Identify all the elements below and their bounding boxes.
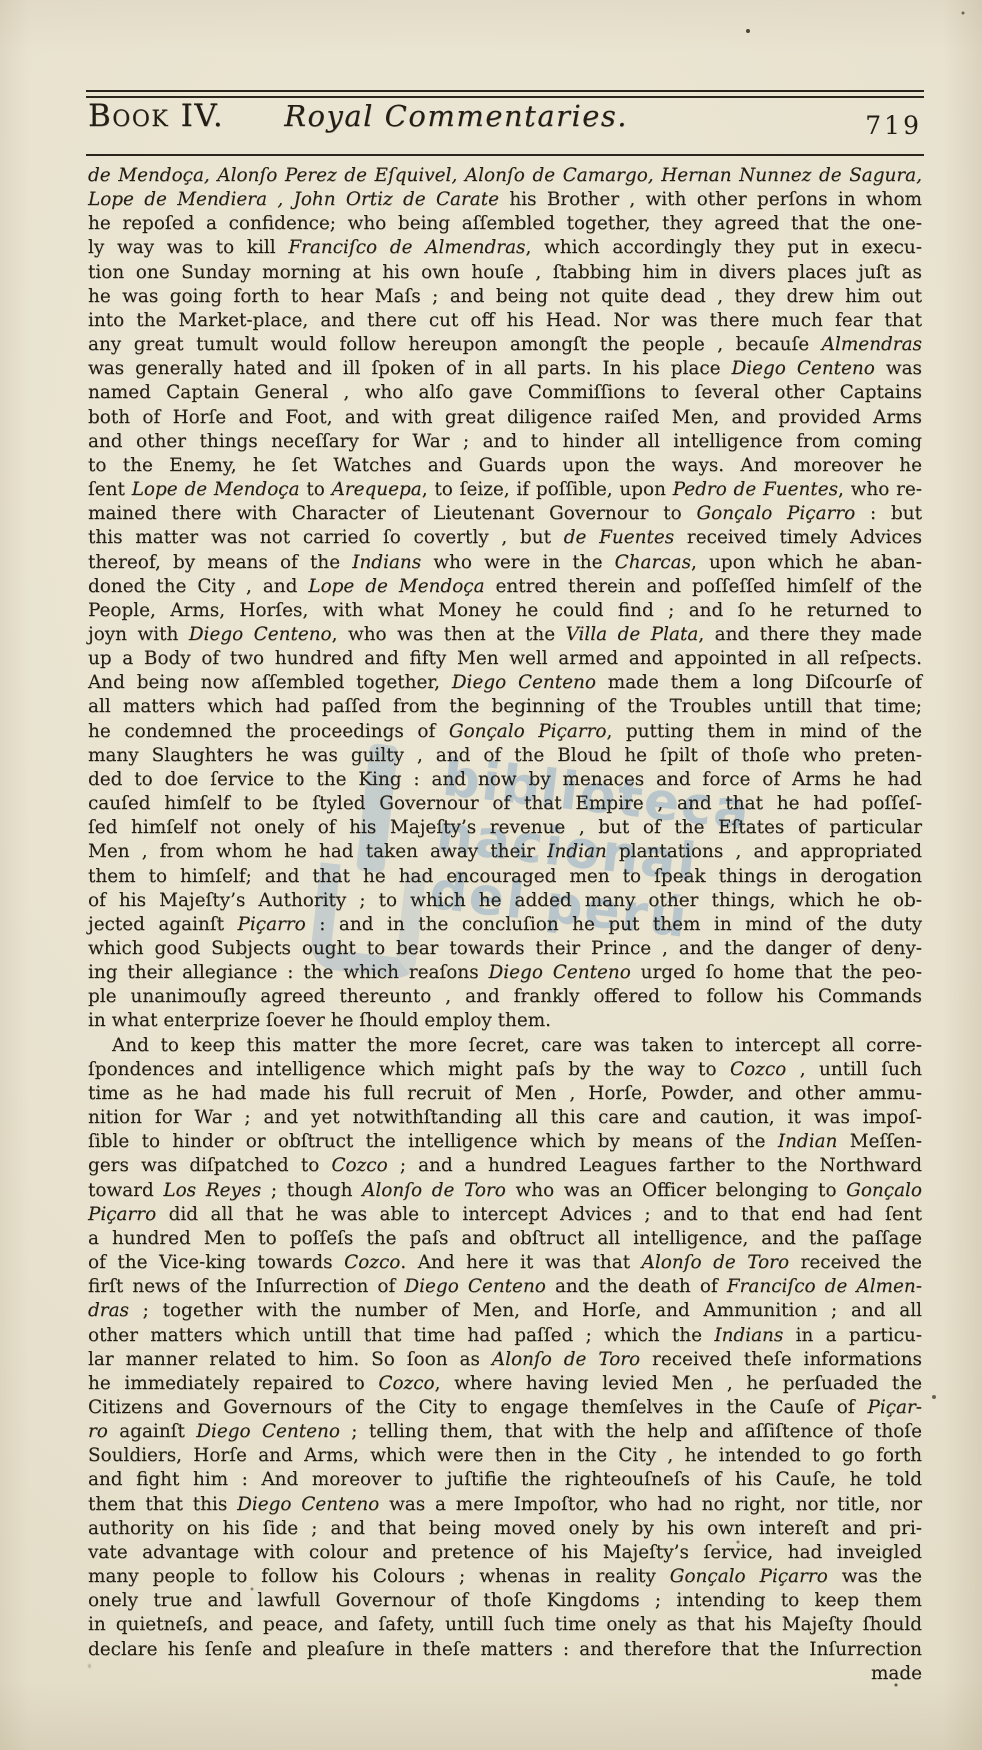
italic-text-segment: Lope de Mendoça (308, 576, 484, 597)
text-line: he repoſed a confidence; who being aſſem… (88, 212, 922, 236)
text-line: of his Majeſty’s Authority ; to which he… (88, 889, 922, 913)
text-line: all matters which had paſſed from the be… (88, 695, 922, 719)
text-line: ſed himſelf not onely of his Majeſty’s r… (88, 816, 922, 840)
text-line: People, Arms, Horſes, with what Money he… (88, 599, 922, 623)
text-segment: was generally hated and ill ſpoken of in… (88, 358, 732, 379)
italic-text-segment: Cozco (730, 1059, 786, 1080)
text-segment: many Slaughters he was guilty , and of t… (88, 745, 922, 766)
italic-text-segment: Los Reyes (163, 1180, 261, 1201)
text-segment: up a Body of two hundred and fifty Men w… (88, 648, 922, 669)
text-line: dras ; together with the number of Men, … (88, 1299, 922, 1323)
text-segment: Souldiers, Horſe and Arms, which were th… (88, 1445, 922, 1466)
text-line: he was going forth to hear Maſs ; and be… (88, 285, 922, 309)
text-line: mained there with Character of Lieutenan… (88, 502, 922, 526)
text-line: And being now aſſembled together, Diego … (88, 671, 922, 695)
text-segment: And to keep this matter the more ſecret,… (112, 1035, 922, 1056)
text-segment: , and there they made (698, 624, 922, 645)
text-segment: toward (88, 1180, 163, 1201)
text-line: firſt news of the Inſurrection of Diego … (88, 1275, 922, 1299)
text-segment: entred therein and poſſeſſed himſelf of … (485, 576, 922, 597)
text-segment: vate advantage with colour and pretence … (88, 1542, 922, 1563)
text-segment: ; together with the number of Men, and H… (129, 1300, 922, 1321)
text-line: And to keep this matter the more ſecret,… (88, 1034, 922, 1058)
text-segment: he was going forth to hear Maſs ; and be… (88, 286, 922, 307)
text-segment: and the death of (546, 1276, 727, 1297)
italic-text-segment: Lope de Mendoça (132, 479, 307, 500)
italic-text-segment: Franciſco de Almendras (288, 237, 525, 258)
text-line: this matter was not carried ſo covertly … (88, 526, 922, 550)
text-segment: many people to follow his Colours ; when… (88, 1566, 670, 1587)
text-line: ded to doe ſervice to the King : and now… (88, 768, 922, 792)
text-line: Lope de Mendiera , John Ortiz de Carate … (88, 188, 922, 212)
text-segment: ſible to hinder or obſtruct the intellig… (88, 1131, 778, 1152)
text-segment: , who was then at the (332, 624, 566, 645)
text-segment: all matters which had paſſed from the be… (88, 696, 922, 717)
text-segment: lar manner related to him. So ſoon as (88, 1349, 492, 1370)
book-page: biblioteca nacional del perú Book IV. Ro… (0, 0, 982, 1750)
text-segment: in quietneſs, and peace, and ſafety, unt… (88, 1614, 922, 1635)
text-line: toward Los Reyes ; though Alonſo de Toro… (88, 1179, 922, 1203)
italic-text-segment: Piçarro (238, 914, 306, 935)
text-segment: he repoſed a confidence; who being aſſem… (88, 213, 922, 234)
italic-text-segment: Alonſo de Toro (362, 1180, 506, 1201)
text-line: other matters which untill that time had… (88, 1324, 922, 1348)
text-segment: in what enterprize ſoever he ſhould empl… (88, 1010, 551, 1031)
text-line: Men , from whom he had taken away their … (88, 840, 922, 864)
text-segment: ple unanimouſly agreed thereunto , and f… (88, 986, 922, 1007)
text-segment: who was an Officer belonging to (506, 1180, 846, 1201)
text-segment: firſt news of the Inſurrection of (88, 1276, 404, 1297)
italic-text-segment: Diego Centeno (189, 624, 332, 645)
italic-text-segment: Cozco (344, 1252, 400, 1273)
text-line: he immediately repaired to Cozco, where … (88, 1372, 922, 1396)
text-segment: : and in the concluſion he put them in m… (306, 914, 922, 935)
text-segment: onely true and lawfull Governour of thoſ… (88, 1590, 922, 1611)
text-segment: time as he had made his full recruit of … (88, 1083, 922, 1104)
text-line: Piçarro did all that he was able to inte… (88, 1203, 922, 1227)
italic-text-segment: Almendras (822, 334, 922, 355)
text-line: ing their allegiance : the which reaſons… (88, 961, 922, 985)
text-segment: both of Horſe and Foot, and with great d… (88, 407, 922, 428)
text-line: named Captain General , who alſo gave Co… (88, 381, 922, 405)
text-segment: ; though (261, 1180, 362, 1201)
page-number: 719 (865, 111, 922, 140)
text-segment: Meſſen- (837, 1131, 922, 1152)
text-segment: gers was diſpatched to (88, 1155, 331, 1176)
text-segment: ſent (88, 479, 132, 500)
text-segment: , putting them in mind of the (606, 721, 922, 742)
italic-text-segment: Alonſo de Toro (492, 1349, 640, 1370)
text-segment: of the Vice-king towards (88, 1252, 344, 1273)
text-segment: , to ſeize, if poſſible, upon (422, 479, 673, 500)
text-segment: againſt (108, 1421, 196, 1442)
text-segment: into the Market-place, and there cut off… (88, 310, 922, 331)
text-segment: urged ſo home that the peo- (631, 962, 922, 983)
text-line: which good Subjects ought to bear toward… (88, 937, 922, 961)
text-line: tion one Sunday morning at his own houſe… (88, 261, 922, 285)
italic-text-segment: Gonçalo Piçarro (670, 1566, 828, 1587)
text-segment: to (306, 479, 331, 500)
text-line: thereof, by means of the Indians who wer… (88, 551, 922, 575)
text-segment: received timely Advices (674, 527, 922, 548)
text-line: them that this Diego Centeno was a mere … (88, 1493, 922, 1517)
text-line: ſent Lope de Mendoça to Arequepa, to ſei… (88, 478, 922, 502)
body-text: de Mendoça, Alonſo Perez de Eſquivel, Al… (88, 164, 922, 1686)
text-line: both of Horſe and Foot, and with great d… (88, 406, 922, 430)
text-segment: authority on his ſide ; and that being m… (88, 1518, 922, 1539)
italic-text-segment: Lope de Mendiera , John Ortiz de Carate (88, 189, 509, 210)
running-title: Royal Commentaries. (284, 99, 628, 133)
italic-text-segment: Cozco (331, 1155, 387, 1176)
text-segment: thereof, by means of the (88, 552, 352, 573)
italic-text-segment: Indians (352, 552, 421, 573)
text-line: in quietneſs, and peace, and ſafety, unt… (88, 1613, 922, 1637)
text-segment: to the Enemy, he ſet Watches and Guards … (88, 455, 922, 476)
text-segment: ; telling them, that with the help and a… (340, 1421, 922, 1442)
text-line: ple unanimouſly agreed thereunto , and f… (88, 985, 922, 1009)
italic-text-segment: Cozco (378, 1373, 434, 1394)
italic-text-segment: Villa de Plata (566, 624, 699, 645)
text-segment: ; and a hundred Leagues farther to the N… (388, 1155, 922, 1176)
text-segment: ſpondences and intelligence which might … (88, 1059, 730, 1080)
text-segment: a hundred Men to poſſeſs the paſs and ob… (88, 1228, 922, 1249)
text-line: many people to follow his Colours ; when… (88, 1565, 922, 1589)
text-segment: of his Majeſty’s Authority ; to which he… (88, 890, 922, 911)
text-line: was generally hated and ill ſpoken of in… (88, 357, 922, 381)
text-line: Citizens and Governours of the City to e… (88, 1396, 922, 1420)
italic-text-segment: Indian (778, 1131, 838, 1152)
text-line: gers was diſpatched to Cozco ; and a hun… (88, 1154, 922, 1178)
text-segment: he condemned the proceedings of (88, 721, 449, 742)
text-segment: in a particu- (783, 1325, 922, 1346)
italic-text-segment: Diego Centeno (452, 672, 596, 693)
italic-text-segment: Diego Centeno (404, 1276, 545, 1297)
text-segment: ded to doe ſervice to the King : and now… (88, 769, 922, 790)
text-segment: did all that he was able to intercept Ad… (156, 1204, 922, 1225)
text-line: to the Enemy, he ſet Watches and Guards … (88, 454, 922, 478)
italic-text-segment: Diego Centeno (237, 1494, 379, 1515)
text-segment: this matter was not carried ſo covertly … (88, 527, 564, 548)
italic-text-segment: Diego Centeno (196, 1421, 340, 1442)
italic-text-segment: Diego Centeno (489, 962, 631, 983)
italic-text-segment: de Mendoça, Alonſo Perez de Eſquivel, Al… (88, 165, 922, 186)
text-line: in what enterprize ſoever he ſhould empl… (88, 1009, 922, 1033)
text-segment: , who re- (838, 479, 922, 500)
italic-text-segment: de Fuentes (564, 527, 674, 548)
italic-text-segment: Gonçalo Piçarro (449, 721, 607, 742)
text-segment: received the (789, 1252, 922, 1273)
text-segment: ſed himſelf not onely of his Majeſty’s r… (88, 817, 922, 838)
text-line: of the Vice-king towards Cozco. And here… (88, 1251, 922, 1275)
text-segment: other matters which untill that time had… (88, 1325, 714, 1346)
text-segment: who were in the (421, 552, 614, 573)
text-line: them to himſelf; and that he had encoura… (88, 865, 922, 889)
text-segment: , which accordingly they put in execu- (526, 237, 923, 258)
italic-text-segment: Pedro de Fuentes (673, 479, 838, 500)
italic-text-segment: Gonçalo (846, 1180, 922, 1201)
text-line: any great tumult would follow hereupon a… (88, 333, 922, 357)
text-segment: doned the City , and (88, 576, 308, 597)
text-segment: was a mere Impoſtor, who had no right, n… (379, 1494, 922, 1515)
text-segment: his Brother , with other perſons in whom (509, 189, 922, 210)
text-line: into the Market-place, and there cut off… (88, 309, 922, 333)
header-bottom-rule (86, 154, 924, 156)
page-header: Book IV. Royal Commentaries. 719 (88, 98, 922, 134)
italic-text-segment: Piçarro (88, 1204, 156, 1225)
italic-text-segment: dras (88, 1300, 129, 1321)
catchword: made (88, 1662, 922, 1686)
text-segment: joyn with (88, 624, 189, 645)
text-segment: them that this (88, 1494, 237, 1515)
text-line: ly way was to kill Franciſco de Almendra… (88, 236, 922, 260)
text-segment: any great tumult would follow hereupon a… (88, 334, 822, 355)
header-top-rule (86, 90, 924, 98)
text-segment: . And here it was that (400, 1252, 641, 1273)
italic-text-segment: Gonçalo Piçarro (696, 503, 855, 524)
text-segment: declare his ſenſe and pleaſure in theſe … (88, 1639, 922, 1660)
text-line: de Mendoça, Alonſo Perez de Eſquivel, Al… (88, 164, 922, 188)
italic-text-segment: Diego Centeno (732, 358, 875, 379)
italic-text-segment: ro (88, 1421, 108, 1442)
text-line: and other things neceſſary for War ; and… (88, 430, 922, 454)
text-segment: tion one Sunday morning at his own houſe… (88, 262, 922, 283)
text-segment: , untill ſuch (786, 1059, 922, 1080)
text-segment: ly way was to kill (88, 237, 288, 258)
text-line: onely true and lawfull Governour of thoſ… (88, 1589, 922, 1613)
text-segment: them to himſelf; and that he had encoura… (88, 866, 922, 887)
text-segment: , where having levied Men , he perſuaded… (435, 1373, 922, 1394)
italic-text-segment: Indians (714, 1325, 783, 1346)
italic-text-segment: Indian (547, 841, 607, 862)
text-segment: And being now aſſembled together, (88, 672, 452, 693)
italic-text-segment: Alonſo de Toro (642, 1252, 789, 1273)
text-segment: People, Arms, Horſes, with what Money he… (88, 600, 922, 621)
text-line: ſible to hinder or obſtruct the intellig… (88, 1130, 922, 1154)
text-line: joyn with Diego Centeno, who was then at… (88, 623, 922, 647)
italic-text-segment: Piçar- (867, 1397, 922, 1418)
text-segment: plantations , and appropriated (607, 841, 922, 862)
text-line: many Slaughters he was guilty , and of t… (88, 744, 922, 768)
text-line: up a Body of two hundred and fifty Men w… (88, 647, 922, 671)
text-segment: was (875, 358, 922, 379)
text-line: nition for War ; and yet notwithſtanding… (88, 1106, 922, 1130)
text-line: lar manner related to him. So ſoon as Al… (88, 1348, 922, 1372)
italic-text-segment: Charcas (615, 552, 691, 573)
text-segment: named Captain General , who alſo gave Co… (88, 382, 922, 403)
text-segment: nition for War ; and yet notwithſtanding… (88, 1107, 922, 1128)
text-segment: Citizens and Governours of the City to e… (88, 1397, 867, 1418)
text-line: he condemned the proceedings of Gonçalo … (88, 720, 922, 744)
text-line: vate advantage with colour and pretence … (88, 1541, 922, 1565)
text-line: declare his ſenſe and pleaſure in theſe … (88, 1638, 922, 1662)
text-segment: cauſed himſelf to be ſtyled Governour of… (88, 793, 922, 814)
italic-text-segment: Arequepa (332, 479, 422, 500)
text-line: a hundred Men to poſſeſs the paſs and ob… (88, 1227, 922, 1251)
text-line: jected againſt Piçarro : and in the conc… (88, 913, 922, 937)
text-line: authority on his ſide ; and that being m… (88, 1517, 922, 1541)
text-segment: was the (828, 1566, 922, 1587)
text-segment: and other things neceſſary for War ; and… (88, 431, 922, 452)
text-line: and fight him : And moreover to juſtifie… (88, 1468, 922, 1492)
text-line: ſpondences and intelligence which might … (88, 1058, 922, 1082)
book-label: Book IV. (88, 98, 224, 134)
text-segment: mained there with Character of Lieutenan… (88, 503, 696, 524)
text-segment: made them a long Diſcourſe of (596, 672, 922, 693)
text-segment: he immediately repaired to (88, 1373, 378, 1394)
text-segment: and fight him : And moreover to juſtifie… (88, 1469, 922, 1490)
text-segment: : but (855, 503, 922, 524)
text-segment: , upon which he aban- (691, 552, 922, 573)
text-line: ro againſt Diego Centeno ; telling them,… (88, 1420, 922, 1444)
text-line: doned the City , and Lope de Mendoça ent… (88, 575, 922, 599)
paper-specks (0, 0, 2, 2)
text-segment: received theſe informations (640, 1349, 922, 1370)
text-line: time as he had made his full recruit of … (88, 1082, 922, 1106)
text-line: cauſed himſelf to be ſtyled Governour of… (88, 792, 922, 816)
italic-text-segment: Franciſco de Almen- (727, 1276, 922, 1297)
text-segment: which good Subjects ought to bear toward… (88, 938, 922, 959)
text-line: Souldiers, Horſe and Arms, which were th… (88, 1444, 922, 1468)
text-segment: jected againſt (88, 914, 238, 935)
text-segment: ing their allegiance : the which reaſons (88, 962, 489, 983)
text-segment: Men , from whom he had taken away their (88, 841, 547, 862)
